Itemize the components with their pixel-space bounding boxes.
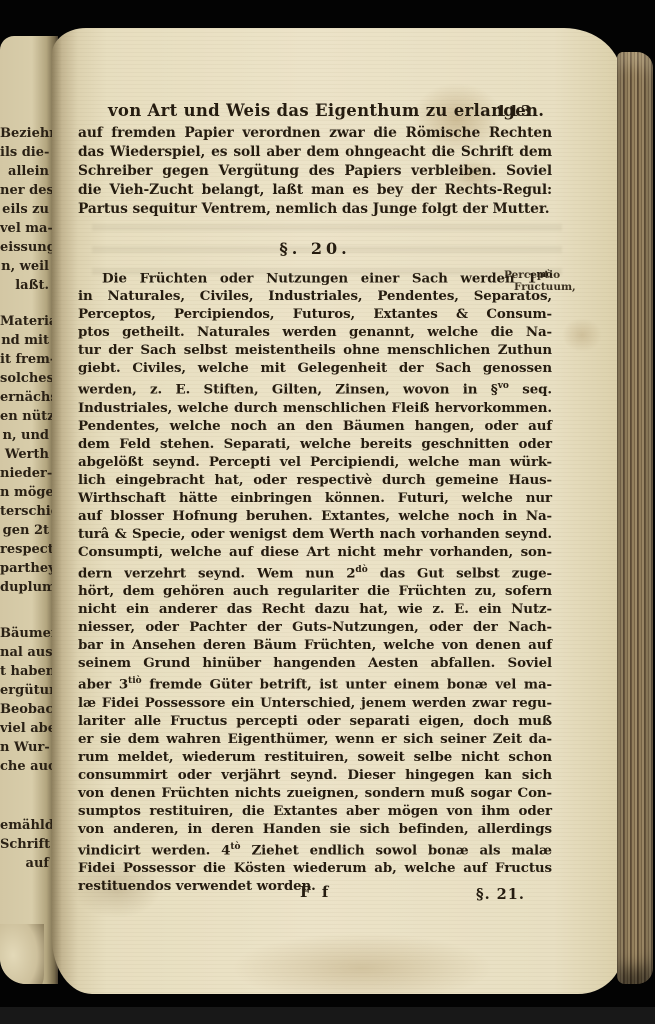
text-line: nal aus (0, 643, 49, 662)
text-line: turâ & Specie, oder wenigst dem Werth na… (78, 525, 552, 543)
next-section-catchword: §. 21. (476, 886, 525, 903)
text-line: auf blosser Hofnung beruhen. Extantes, w… (78, 507, 552, 525)
text-line: viel aber (0, 719, 49, 738)
text-segment: das Gut selbst zuge- (368, 565, 552, 581)
paragraph-continuation: auf fremden Papier verordnen zwar die Rö… (78, 124, 552, 219)
text-line: Die Früchten oder Nutzungen einer Sach w… (78, 266, 552, 287)
text-line: dern verzehrt seynd. Wem nun 2dò das Gut… (78, 561, 552, 582)
text-line: duplum (0, 578, 49, 597)
text-line: in Naturales, Civiles, Industriales, Pen… (78, 287, 552, 305)
text-line: Beobach- (0, 700, 49, 719)
text-line: lich eingebracht hat, oder respectivè du… (78, 471, 552, 489)
text-line: giebt. Civiles, welche mit Gelegenheit d… (78, 359, 552, 377)
page-number: 113 (496, 102, 533, 120)
text-line: consummirt oder verjährt seynd. Dieser h… (78, 766, 552, 784)
text-segment: aber 3 (78, 677, 128, 693)
text-line: en nütz (0, 407, 49, 426)
superscript-ordinal: mò (536, 270, 552, 280)
facing-page-text-fragments: Materia-nd mitit frem-solchesernächsten … (0, 312, 54, 597)
text-line: tur der Sach selbst meistentheils ohne m… (78, 341, 552, 359)
text-line: ils die- (0, 143, 49, 162)
text-line: die Vieh-Zucht belangt, laßt man es bey … (78, 181, 552, 200)
text-line: allein (0, 162, 49, 181)
text-line: nd mit (0, 331, 49, 350)
text-segment: werden, z. E. Stiften, Gilten, Zinsen, w… (78, 382, 498, 398)
text-line: laßt. (0, 276, 49, 295)
text-line: it frem- (0, 350, 49, 369)
superscript-ordinal: dò (355, 565, 367, 575)
text-line: dem Feld stehen. Separati, welche bereit… (78, 435, 552, 453)
text-line: ergütung (0, 681, 49, 700)
text-segment: Ziehet endlich sowol bonæ als malæ (241, 842, 552, 858)
text-line: er sie dem wahren Eigenthümer, wenn er s… (78, 730, 552, 748)
running-title: von Art und Weis das Eigenthum zu erlang… (108, 101, 478, 120)
text-line: Partus sequitur Ventrem, nemlich das Jun… (78, 200, 552, 219)
text-line: vel ma- (0, 219, 49, 238)
section-heading: §. 20. (78, 239, 552, 258)
page-curl-highlight (0, 924, 44, 984)
text-line: Schrift (0, 835, 49, 854)
text-line: parthey- (0, 559, 49, 578)
text-line: t haben, (0, 662, 49, 681)
text-segment: seq. (509, 382, 552, 398)
text-line: niesser, oder Pachter der Guts-Nutzungen… (78, 618, 552, 636)
text-line: respecti- (0, 540, 49, 559)
text-line: ner des (0, 181, 49, 200)
book-fore-edge (617, 52, 653, 984)
text-line: eils zu (0, 200, 49, 219)
book-page: von Art und Weis das Eigenthum zu erlang… (52, 28, 622, 994)
text-segment: vindicirt werden. 4 (78, 842, 230, 858)
text-line: das Wiederspiel, es soll aber dem ohngea… (78, 143, 552, 162)
text-line: von denen Früchten nichts zueignen, sond… (78, 784, 552, 802)
text-segment: dern verzehrt seynd. Wem nun 2 (78, 565, 355, 581)
text-line: werden, z. E. Stiften, Gilten, Zinsen, w… (78, 377, 552, 398)
text-line: Consumpti, welche auf diese Art nicht me… (78, 543, 552, 561)
text-line: læ Fidei Possessore ein Unterschied, jen… (78, 694, 552, 712)
text-line: rum meldet, wiederum restituiren, soweit… (78, 748, 552, 766)
superscript-ordinal: vo (498, 381, 509, 391)
book-scan: Beziehr-ils die-alleinner deseils zuvel … (0, 0, 655, 1024)
facing-page-sliver: Beziehr-ils die-alleinner deseils zuvel … (0, 36, 58, 984)
text-line: nicht ein anderer das Recht dazu hat, wi… (78, 600, 552, 618)
text-line: eissung, (0, 238, 49, 257)
text-line: solches (0, 369, 49, 388)
text-line: emählde (0, 816, 49, 835)
text-line: auf (0, 854, 49, 873)
text-line: n, und (0, 426, 49, 445)
text-line: Fidei Possessor die Kösten wiederum ab, … (78, 859, 552, 877)
text-line: Perceptos, Percipiendos, Futuros, Extant… (78, 305, 552, 323)
facing-page-text-fragments: Bäumennal aust haben,ergütungBeobach-vie… (0, 624, 54, 776)
text-line: nieder- (0, 464, 49, 483)
text-line: vindicirt werden. 4tò Ziehet endlich sow… (78, 838, 552, 859)
text-line: n, weil (0, 257, 49, 276)
text-line: von anderen, in deren Handen sie sich be… (78, 820, 552, 838)
text-line: che auch (0, 757, 49, 776)
text-line: bar in Ansehen deren Bäum Früchten, welc… (78, 636, 552, 654)
text-line: Schreiber gegen Vergütung des Papiers ve… (78, 162, 552, 181)
text-line: Werth (0, 445, 49, 464)
text-line: gen 2t (0, 521, 49, 540)
text-line: n möge. (0, 483, 49, 502)
text-segment: fremde Güter betrift, ist unter einem bo… (142, 677, 552, 693)
superscript-ordinal: tò (230, 842, 240, 852)
text-line: terschied (0, 502, 49, 521)
text-line: Pendentes, welche noch an den Bäumen han… (78, 417, 552, 435)
text-line: ptos getheilt. Naturales werden genannt,… (78, 323, 552, 341)
text-line: Bäumen (0, 624, 49, 643)
scanner-bed-strip (0, 1007, 655, 1024)
text-line: Wirthschaft hätte einbringen können. Fut… (78, 489, 552, 507)
text-line: Materia- (0, 312, 49, 331)
text-line: ernächst (0, 388, 49, 407)
text-line: hört, dem gehören auch regulariter die F… (78, 582, 552, 600)
section-paragraph: Die Früchten oder Nutzungen einer Sach w… (78, 266, 552, 895)
text-line: auf fremden Papier verordnen zwar die Rö… (78, 124, 552, 143)
text-line: Industriales, welche durch menschlichen … (78, 399, 552, 417)
superscript-ordinal: tiò (128, 676, 142, 686)
text-line: seinem Grund hinüber hangenden Aesten ab… (78, 654, 552, 672)
text-segment: Die Früchten oder Nutzungen einer Sach w… (102, 270, 536, 286)
gathering-signature: F f (300, 883, 331, 901)
text-line: Beziehr- (0, 124, 49, 143)
text-line: sumptos restituiren, die Extantes aber m… (78, 802, 552, 820)
text-line: aber 3tiò fremde Güter betrift, ist unte… (78, 672, 552, 693)
text-line: n Wur- (0, 738, 49, 757)
text-line: abgelößt seynd. Percepti vel Percipiendi… (78, 453, 552, 471)
facing-page-text-fragments: emähldeSchriftauf (0, 816, 54, 873)
text-line: lariter alle Fructus percepti oder separ… (78, 712, 552, 730)
facing-page-text-fragments: Beziehr-ils die-alleinner deseils zuvel … (0, 124, 54, 295)
